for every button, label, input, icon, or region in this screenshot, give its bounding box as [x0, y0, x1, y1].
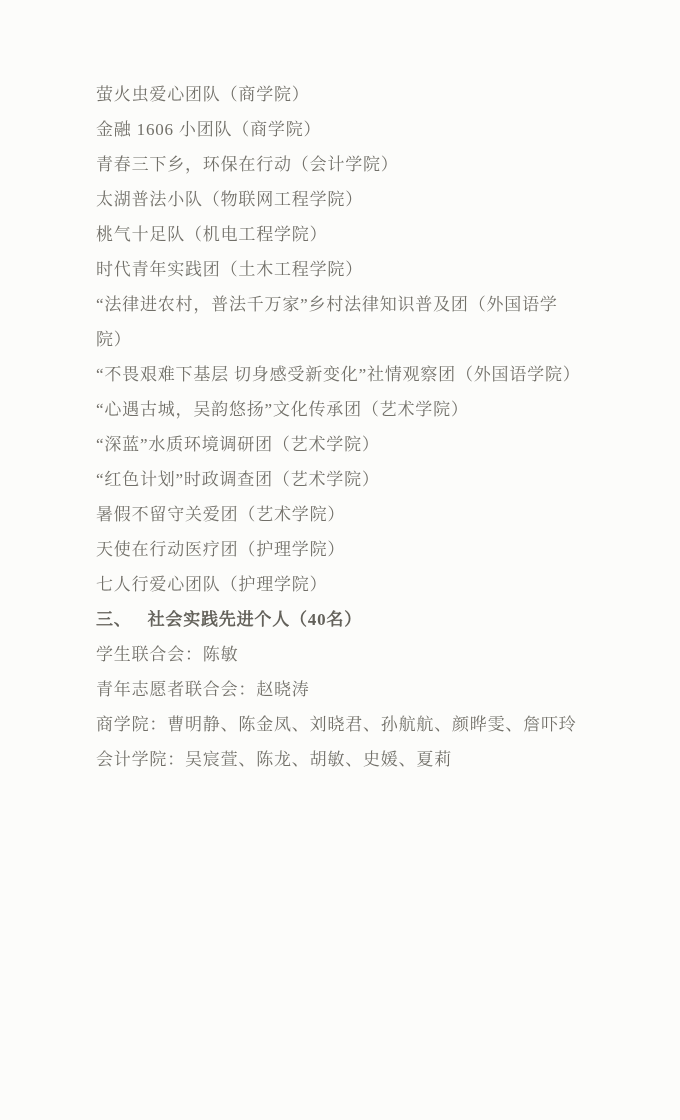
team-list-item: 暑假不留守关爱团（艺术学院）: [96, 497, 582, 532]
individual-list-item: 学生联合会：陈敏: [96, 637, 582, 672]
individual-list-item: 商学院：曹明静、陈金凤、刘晓君、孙航航、颜晔雯、詹吓玲: [96, 707, 582, 742]
team-list-item: 时代青年实践团（土木工程学院）: [96, 252, 582, 287]
team-list-item: “深蓝”水质环境调研团（艺术学院）: [96, 427, 582, 462]
team-list-item: 天使在行动医疗团（护理学院）: [96, 532, 582, 567]
team-list-item: 太湖普法小队（物联网工程学院）: [96, 182, 582, 217]
team-list-item: 青春三下乡，环保在行动（会计学院）: [96, 147, 582, 182]
individual-list-item: 会计学院：吴宸萱、陈龙、胡敏、史媛、夏莉: [96, 742, 582, 777]
team-list-item: 萤火虫爱心团队（商学院）: [96, 77, 582, 112]
team-list-item: “红色计划”时政调查团（艺术学院）: [96, 462, 582, 497]
section-title: 社会实践先进个人（40名）: [148, 610, 362, 629]
team-list-item: “心遇古城，吴韵悠扬”文化传承团（艺术学院）: [96, 392, 582, 427]
document-content: 萤火虫爱心团队（商学院） 金融 1606 小团队（商学院） 青春三下乡，环保在行…: [96, 77, 582, 777]
team-list-item: “不畏艰难下基层 切身感受新变化”社情观察团（外国语学院）: [96, 357, 582, 392]
scanned-document-page: 萤火虫爱心团队（商学院） 金融 1606 小团队（商学院） 青春三下乡，环保在行…: [0, 0, 680, 1120]
section-number: 三、: [96, 602, 132, 637]
individual-list-item: 青年志愿者联合会：赵晓涛: [96, 672, 582, 707]
team-list-item: 七人行爱心团队（护理学院）: [96, 567, 582, 602]
section-heading: 三、社会实践先进个人（40名）: [96, 602, 582, 637]
team-list-item: “法律进农村，普法千万家”乡村法律知识普及团（外国语学院）: [96, 287, 582, 357]
team-list-item: 金融 1606 小团队（商学院）: [96, 112, 582, 147]
team-list-item: 桃气十足队（机电工程学院）: [96, 217, 582, 252]
